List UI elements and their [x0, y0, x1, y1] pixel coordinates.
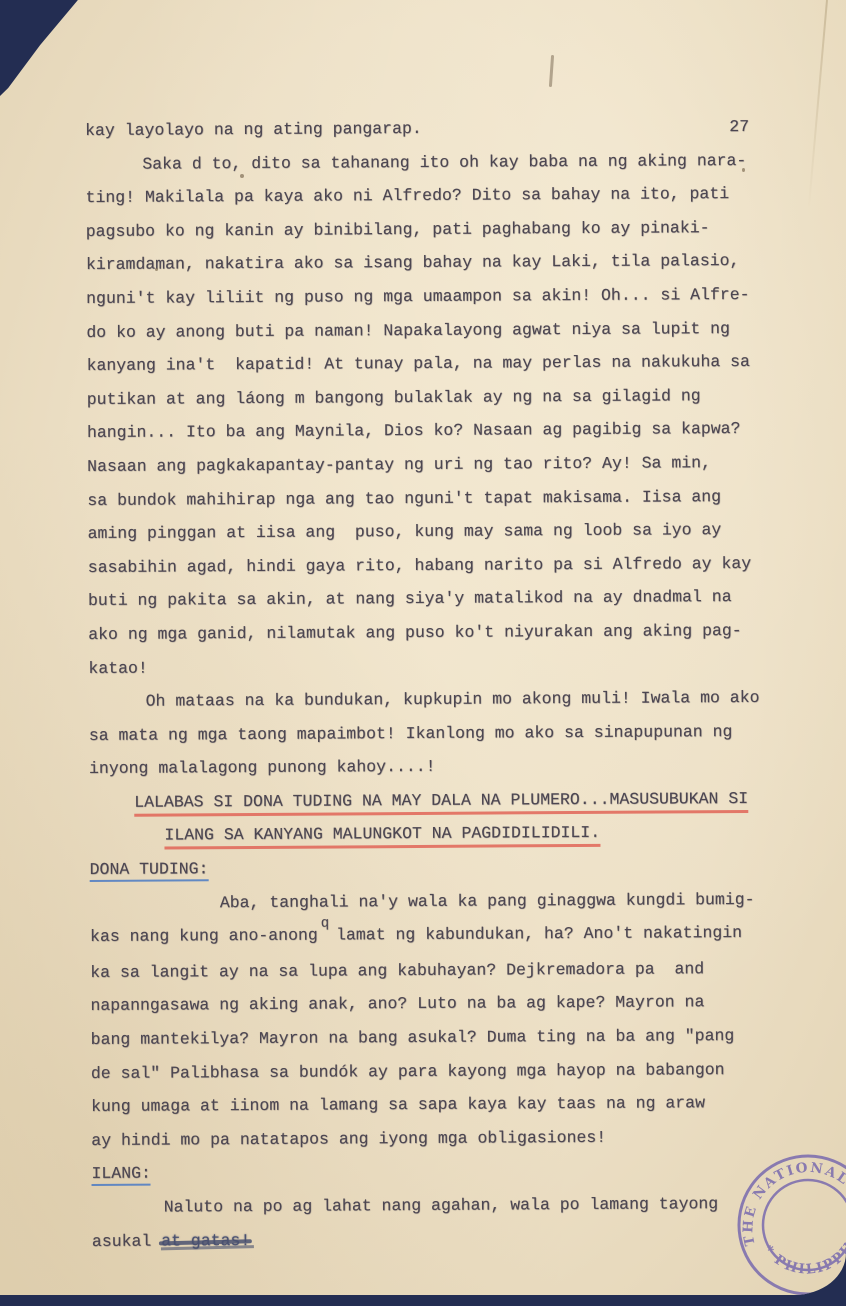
- text-run: katao!: [88, 658, 148, 677]
- stage-direction: LALABAS SI DONA TUDING NA MAY DALA NA PL…: [89, 782, 777, 820]
- text-run: ay hindi mo pa natatapos ang iyong mga o…: [91, 1128, 606, 1150]
- script-line: hangin... Ito ba ang Maynila, Dios ko? N…: [87, 412, 775, 450]
- paper-crease: [808, 0, 828, 209]
- script-line: kung umaga at iinom na lamang sa sapa ka…: [91, 1086, 779, 1124]
- script-line: aming pinggan at iisa ang puso, kung may…: [87, 513, 775, 551]
- text-run: Aba, tanghali na'y wala ka pang ginaggwa…: [220, 890, 755, 912]
- text-run: ILANG:: [91, 1164, 151, 1186]
- text-run: DONA TUDING:: [90, 859, 209, 882]
- text-run: inyong malalagong punong kahoy....!: [89, 757, 436, 778]
- text-run: ILANG SA KANYANG MALUNGKOT NA PAGDIDILID…: [164, 823, 600, 850]
- paper-speck: [155, 268, 158, 271]
- script-line: ka sa langit ay na sa lupa ang kabuhayan…: [90, 952, 778, 990]
- script-line: putikan at ang láong m bangong bulaklak …: [87, 379, 775, 417]
- script-line: sasabihin agad, hindi gaya rito, habang …: [88, 547, 776, 585]
- script-line: nguni't kay liliit ng puso ng mga umaamp…: [86, 278, 774, 316]
- text-run: sa mata ng mga taong mapaimbot! Ikanlong…: [89, 722, 733, 745]
- text-run: Naluto na po ag lahat nang agahan, wala …: [164, 1194, 719, 1216]
- text-run: Nasaan ang pagkakapantay-pantay ng uri n…: [87, 453, 711, 476]
- script-line: sa bundok mahihirap nga ang tao nguni't …: [87, 479, 775, 517]
- script-line: do ko ay anong buti pa naman! Napakalayo…: [86, 311, 774, 349]
- text-run: Oh mataas na ka bundukan, kupkupin mo ak…: [146, 688, 760, 711]
- text-run: q: [321, 916, 330, 932]
- script-line: kiramdaman, nakatira ako sa isang bahay …: [86, 244, 774, 282]
- manuscript-page: 27 kay layolayo na ng ating pangarap.Sak…: [0, 0, 846, 1295]
- script-line: ting! Makilala pa kaya ako ni Alfredo? D…: [85, 177, 773, 215]
- script-line: Naluto na po ag lahat nang agahan, wala …: [92, 1187, 780, 1225]
- text-run: LALABAS SI DONA TUDING NA MAY DALA NA PL…: [134, 789, 748, 817]
- text-run: sasabihin agad, hindi gaya rito, habang …: [88, 554, 752, 577]
- national-library-stamp: THE NATIONAL LIBRARY * PHILIPPINES *: [721, 1138, 846, 1295]
- stage-direction: ILANG SA KANYANG MALUNGKOT NA PAGDIDILID…: [89, 815, 777, 853]
- script-line: Nasaan ang pagkakapantay-pantay ng uri n…: [87, 446, 775, 484]
- text-run: kiramdaman, nakatira ako sa isang bahay …: [86, 251, 740, 274]
- text-run: sa bundok mahihirap nga ang tao nguni't …: [87, 487, 721, 510]
- text-run: asukal: [92, 1231, 161, 1250]
- script-line: katao!: [88, 647, 776, 685]
- text-run: ka sa langit ay na sa lupa ang kabuhayan…: [90, 959, 704, 982]
- script-line: inyong malalagong punong kahoy....!: [89, 748, 777, 786]
- text-run: napanngasawa ng aking anak, ano? Luto na…: [90, 993, 704, 1016]
- text-run: buti ng pakita sa akin, at nang siya'y m…: [88, 587, 732, 610]
- script-line: Saka d to, dito sa tahanang ito oh kay b…: [85, 143, 773, 181]
- script-line: Aba, tanghali na'y wala ka pang ginaggwa…: [90, 882, 778, 920]
- text-run: hangin... Ito ba ang Maynila, Dios ko? N…: [87, 419, 741, 442]
- script-line: buti ng pakita sa akin, at nang siya'y m…: [88, 580, 776, 618]
- script-line: napanngasawa ng aking anak, ano? Luto na…: [90, 985, 778, 1023]
- text-run: aming pinggan at iisa ang puso, kung may…: [88, 520, 722, 543]
- script-line: Oh mataas na ka bundukan, kupkupin mo ak…: [88, 681, 776, 719]
- character-name: ILANG:: [91, 1153, 779, 1191]
- text-block: 27 kay layolayo na ng ating pangarap.Sak…: [85, 110, 780, 1258]
- script-line: sa mata ng mga taong mapaimbot! Ikanlong…: [89, 714, 777, 752]
- text-run: ting! Makilala pa kaya ako ni Alfredo? D…: [85, 184, 729, 207]
- character-name: DONA TUDING:: [90, 849, 778, 887]
- text-run: kay layolayo na ng ating pangarap.: [85, 119, 422, 140]
- text-run: putikan at ang láong m bangong bulaklak …: [87, 386, 701, 409]
- text-run: de sal" Palibhasa sa bundók ay para kayo…: [91, 1060, 725, 1083]
- text-run: pagsubo ko ng kanin ay binibilang, pati …: [86, 218, 710, 241]
- script-line: kay layolayo na ng ating pangarap.: [85, 110, 773, 148]
- text-run: kas nang kung ano-anong: [90, 926, 318, 946]
- script-line: ay hindi mo pa natatapos ang iyong mga o…: [91, 1120, 779, 1158]
- text-run: at gatas!: [161, 1231, 250, 1251]
- text-run: lamat ng kabundukan, ha? Ano't nakatingi…: [326, 923, 742, 945]
- paper-speck: [240, 174, 244, 178]
- script-line: kanyang ina't kapatid! At tunay pala, na…: [86, 345, 774, 383]
- text-run: nguni't kay liliit ng puso ng mga umaamp…: [86, 285, 750, 308]
- script-line: asukal at gatas!: [92, 1220, 780, 1258]
- script-line: kas nang kung ano-anongq lamat ng kabund…: [90, 916, 778, 956]
- text-run: kung umaga at iinom na lamang sa sapa ka…: [91, 1093, 705, 1116]
- script-line: bang mantekilya? Mayron na bang asukal? …: [91, 1019, 779, 1057]
- text-run: kanyang ina't kapatid! At tunay pala, na…: [86, 352, 750, 375]
- script-line: de sal" Palibhasa sa bundók ay para kayo…: [91, 1052, 779, 1090]
- text-run: ako ng mga ganid, nilamutak ang puso ko'…: [88, 621, 742, 644]
- text-run: Saka d to, dito sa tahanang ito oh kay b…: [142, 151, 746, 174]
- script-line: ako ng mga ganid, nilamutak ang puso ko'…: [88, 614, 776, 652]
- text-run: do ko ay anong buti pa naman! Napakalayo…: [86, 319, 730, 342]
- script-line: pagsubo ko ng kanin ay binibilang, pati …: [86, 211, 774, 249]
- text-run: bang mantekilya? Mayron na bang asukal? …: [91, 1026, 735, 1049]
- torn-corner: [0, 0, 82, 100]
- paper-speck: [742, 168, 745, 172]
- pen-mark: [549, 55, 554, 87]
